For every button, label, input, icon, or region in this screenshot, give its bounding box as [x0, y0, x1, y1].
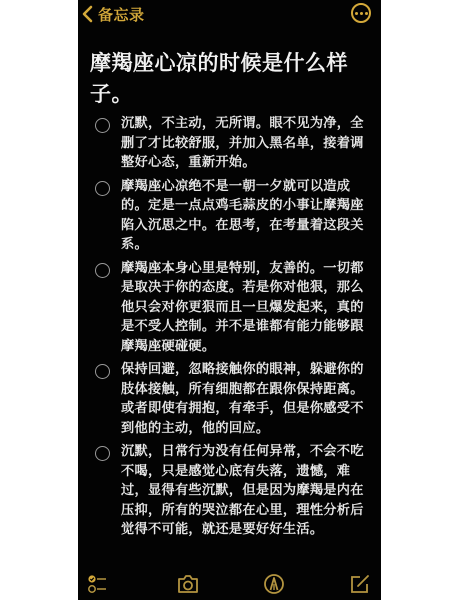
- markup-pen-icon[interactable]: [263, 573, 285, 599]
- checkbox-circle-icon[interactable]: [95, 263, 110, 278]
- ellipsis-dot: [365, 12, 368, 15]
- note-title[interactable]: 摩羯座心凉的时候是什么样子。: [90, 48, 375, 110]
- checklist-item-text[interactable]: 摩羯座心凉绝不是一朝一夕就可以造成的。定是一点点鸡毛蒜皮的小事让摩羯座陷入沉思之…: [121, 177, 375, 255]
- checklist-item: 沉默，不主动，无所谓。眼不见为净，全删了才比较舒服，并加入黑名单，接着调整好心态…: [78, 114, 381, 173]
- chevron-left-icon: [82, 5, 93, 23]
- checklist-item-text[interactable]: 摩羯座本身心里是特别，友善的。一切都是取决于你的态度。若是你对他狠，那么他只会对…: [121, 259, 375, 357]
- ellipsis-dot: [360, 12, 363, 15]
- checkbox-circle-icon[interactable]: [95, 364, 110, 379]
- more-options-button[interactable]: [351, 3, 371, 23]
- bottom-toolbar: [78, 571, 381, 600]
- checklist-item-text[interactable]: 保持回避，忽略接触你的眼神，躲避你的肢体接触，所有细胞都在跟你保持距离。或者即使…: [121, 360, 375, 438]
- notes-screen: 备忘录 摩羯座心凉的时候是什么样子。 沉默，不主动，无所谓。眼不见为净，全删了才…: [78, 0, 381, 600]
- checkbox-circle-icon[interactable]: [95, 181, 110, 196]
- back-button[interactable]: 备忘录: [82, 3, 145, 25]
- checklist-item: 摩羯座心凉绝不是一朝一夕就可以造成的。定是一点点鸡毛蒜皮的小事让摩羯座陷入沉思之…: [78, 177, 381, 255]
- checklist-item: 沉默，日常行为没有任何异常，不会不吃不喝，只是感觉心底有失落，遗憾，难过，显得有…: [78, 442, 381, 540]
- checklist-icon[interactable]: [87, 573, 109, 600]
- camera-icon[interactable]: [176, 573, 200, 599]
- compose-icon[interactable]: [349, 573, 371, 599]
- checklist: 沉默，不主动，无所谓。眼不见为净，全删了才比较舒服，并加入黑名单，接着调整好心态…: [78, 114, 381, 540]
- checklist-item-text[interactable]: 沉默，不主动，无所谓。眼不见为净，全删了才比较舒服，并加入黑名单，接着调整好心态…: [121, 114, 375, 173]
- back-label: 备忘录: [98, 4, 145, 25]
- checkbox-circle-icon[interactable]: [95, 118, 110, 133]
- checkbox-circle-icon[interactable]: [95, 446, 110, 461]
- checklist-item: 摩羯座本身心里是特别，友善的。一切都是取决于你的态度。若是你对他狠，那么他只会对…: [78, 259, 381, 357]
- checklist-item: 保持回避，忽略接触你的眼神，躲避你的肢体接触，所有细胞都在跟你保持距离。或者即使…: [78, 360, 381, 438]
- ellipsis-dot: [355, 12, 358, 15]
- checklist-item-text[interactable]: 沉默，日常行为没有任何异常，不会不吃不喝，只是感觉心底有失落，遗憾，难过，显得有…: [121, 442, 375, 540]
- navigation-bar: 备忘录: [78, 0, 381, 30]
